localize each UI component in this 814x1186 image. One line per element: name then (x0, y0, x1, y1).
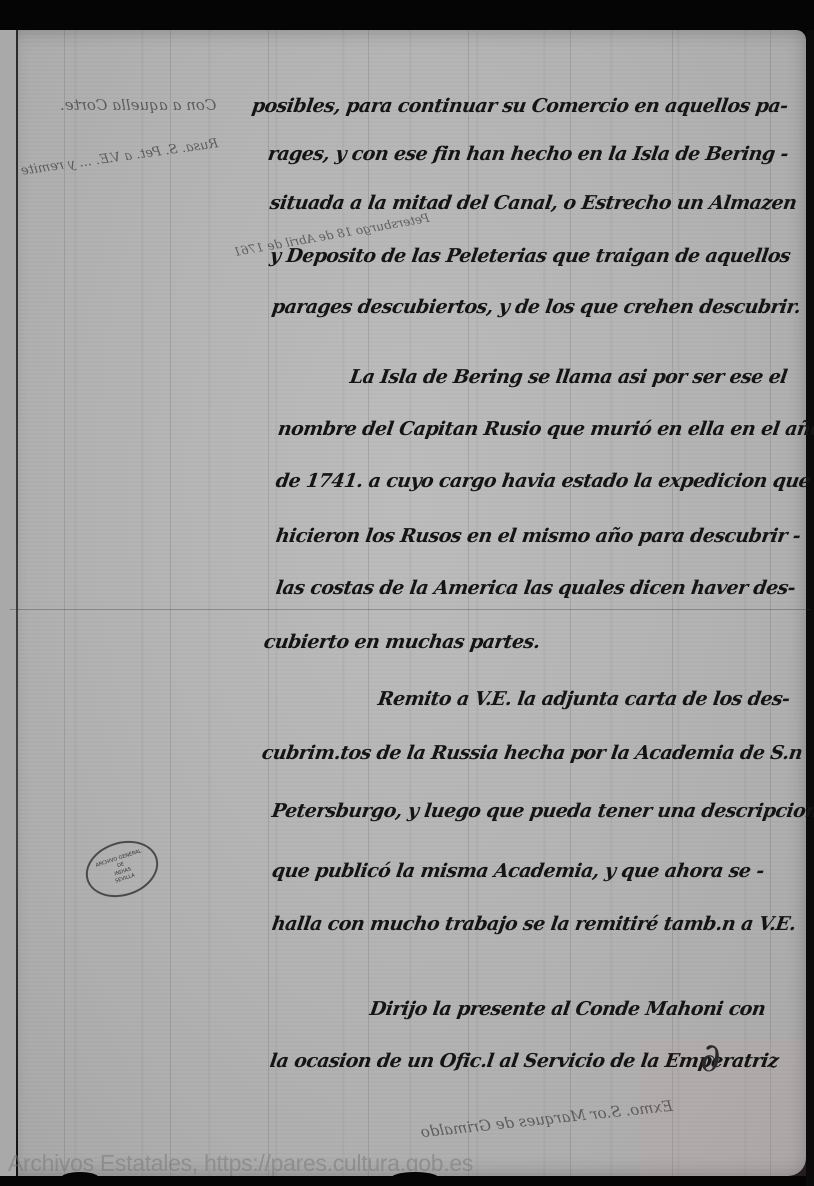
manuscript-line: cubrim.tos de la Russia hecha por la Aca… (260, 742, 803, 764)
manuscript-line: rages, y con ese fin han hecho en la Isl… (266, 143, 789, 165)
signature-flourish: ∂ (700, 1035, 721, 1081)
page-edge-shadow (390, 1172, 440, 1186)
manuscript-line: cubierto en muchas partes. (262, 631, 541, 653)
manuscript-line: Petersburgo, y luego que pueda tener una… (270, 800, 814, 822)
manuscript-line: y Deposito de las Peleterias que traigan… (268, 245, 791, 267)
manuscript-line: La Isla de Bering se llama asi por ser e… (348, 366, 788, 388)
manuscript-line: Remito a V.E. la adjunta carta de los de… (376, 688, 791, 710)
manuscript-line: las costas de la America las quales dice… (274, 577, 796, 599)
manuscript-line: nombre del Capitan Rusio que murió en el… (276, 418, 814, 440)
manuscript-line: Dirijo la presente al Conde Mahoni con (368, 998, 766, 1020)
manuscript-line: parages descubiertos, y de los que crehe… (270, 296, 801, 318)
horizontal-fold-crease (10, 609, 810, 610)
manuscript-line: hicieron los Rusos en el mismo año para … (274, 525, 801, 547)
vertical-ruling-line (268, 30, 269, 1176)
manuscript-line: que publicó la misma Academia, y que aho… (270, 860, 765, 882)
manuscript-line: halla con mucho trabajo se la remitiré t… (270, 913, 797, 935)
bleed-through-note: Con a aquella Corte. (60, 96, 216, 114)
page-edge-shadow (60, 1172, 100, 1186)
adjacent-page-edge (0, 30, 16, 1176)
page-right-shadow (806, 30, 814, 1186)
page-fold-line (16, 30, 18, 1176)
vertical-ruling-line (64, 30, 65, 1176)
manuscript-line: posibles, para continuar su Comercio en … (250, 95, 789, 117)
manuscript-line: de 1741. a cuyo cargo havia estado la ex… (274, 470, 814, 492)
manuscript-line: situada a la mitad del Canal, o Estrecho… (268, 192, 797, 214)
document-viewer: Con a aquella Corte. Rusa. S. Pet. a V.E… (0, 0, 814, 1186)
vertical-ruling-line (170, 30, 171, 1176)
